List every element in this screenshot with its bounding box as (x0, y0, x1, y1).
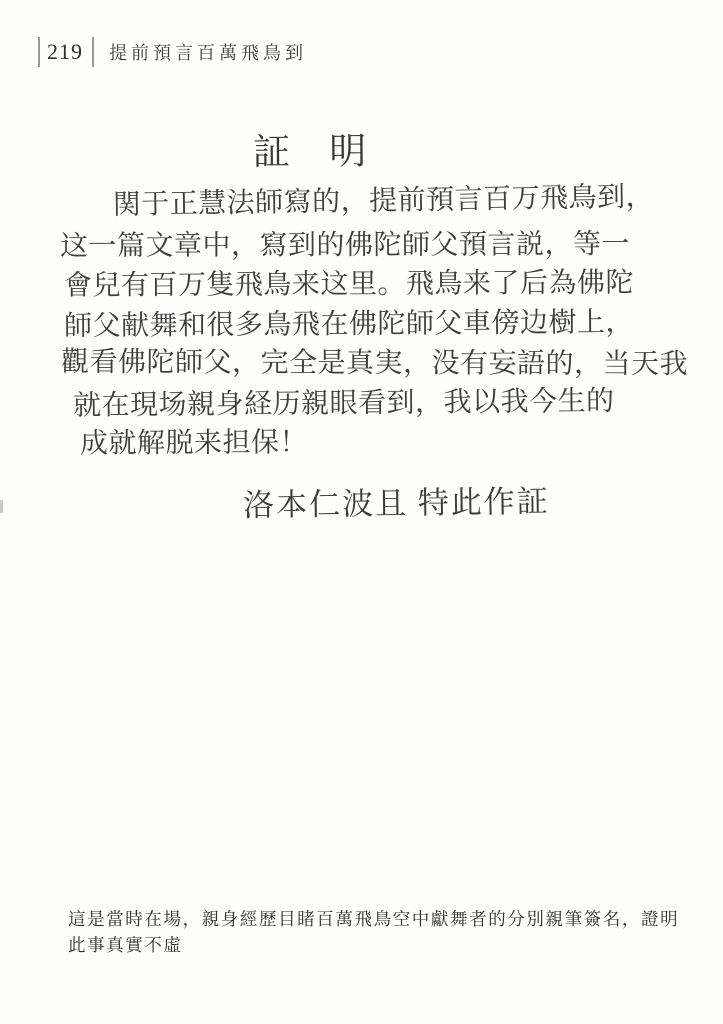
page-footer: 這是當時在場，親身經歷目睹百萬飛鳥空中獻舞者的分別親筆簽名，證明 此事真實不虛 (68, 906, 679, 958)
handwritten-line-2: 这一篇文章中，寫到的佛陀師父預言説，等一 (60, 224, 673, 266)
divider-bar-right (92, 37, 94, 67)
certificate-title: 証 明 (253, 119, 673, 176)
page-number: 219 (47, 39, 83, 65)
page-header: 219 提前預言百萬飛鳥到 (38, 36, 307, 68)
handwritten-line-6: 就在現场親身経历親眼看到，我以我今生的 (73, 381, 673, 426)
divider-bar-left (38, 37, 40, 67)
book-page: 219 提前預言百萬飛鳥到 証 明 関于正慧法師寫的，提前預言百万飛鳥到， 这一… (0, 0, 723, 1024)
handwritten-line-7: 成就解脱来担保！ (80, 421, 673, 464)
handwritten-line-4: 師父献舞和很多鳥飛在佛陀師父車傍边樹上， (64, 302, 673, 346)
handwritten-line-5: 觀看佛陀師父，完全是真実，没有妄語的，当天我 (61, 343, 673, 385)
handwritten-line-3: 會兒有百万隻飛鳥来这里。飛鳥来了后為佛陀 (64, 263, 673, 306)
page-edge-mark (0, 500, 3, 513)
signature: 洛本仁波且 特此作証 (243, 474, 674, 525)
footer-caption-line-2: 此事真實不虛 (68, 932, 679, 958)
handwritten-line-1: 関于正慧法師寫的，提前預言百万飛鳥到， (112, 177, 673, 225)
running-title: 提前預言百萬飛鳥到 (109, 39, 307, 65)
footer-caption-line-1: 這是當時在場，親身經歷目睹百萬飛鳥空中獻舞者的分別親筆簽名，證明 (68, 906, 679, 932)
handwritten-certificate: 証 明 関于正慧法師寫的，提前預言百万飛鳥到， 这一篇文章中，寫到的佛陀師父預言… (60, 120, 673, 522)
